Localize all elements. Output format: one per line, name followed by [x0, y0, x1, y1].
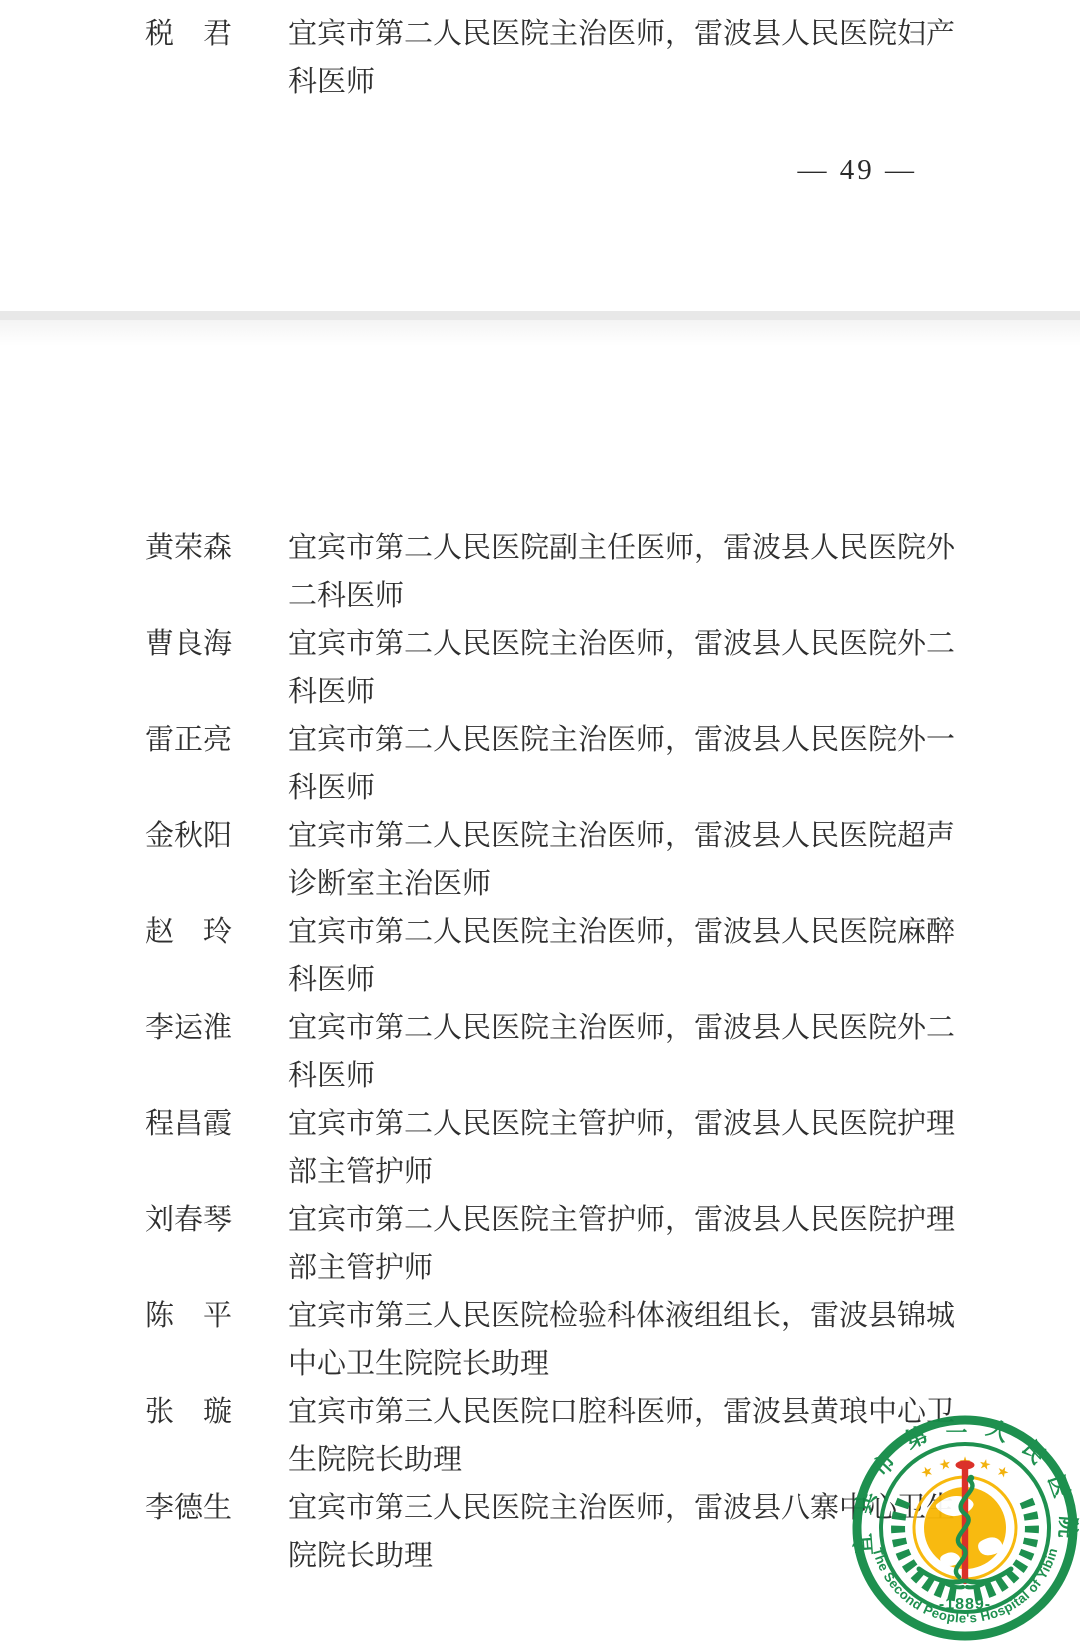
person-name: 张 璇 [145, 1388, 288, 1484]
star-icon: ★ [918, 1462, 936, 1482]
list-item: 金秋阳 宜宾市第二人民医院主治医师，雷波县人民医院超声 诊断室主治医师 [0, 812, 1080, 908]
person-name: 李运淮 [145, 1004, 288, 1100]
list-item: 雷正亮 宜宾市第二人民医院主治医师，雷波县人民医院外一 科医师 [0, 716, 1080, 812]
person-name: 曹良海 [145, 620, 288, 716]
person-description: 宜宾市第二人民医院主治医师，雷波县人民医院超声 诊断室主治医师 [288, 812, 1080, 908]
list-item: 刘春琴 宜宾市第二人民医院主管护师，雷波县人民医院护理 部主管护师 [0, 1196, 1080, 1292]
person-description: 宜宾市第二人民医院主治医师，雷波县人民医院外二 科医师 [288, 620, 1080, 716]
person-name: 程昌霞 [145, 1100, 288, 1196]
list-item: 税 君 宜宾市第二人民医院主治医师，雷波县人民医院妇产 科医师 [0, 0, 1080, 106]
person-name: 刘春琴 [145, 1196, 288, 1292]
list-item: 赵 玲 宜宾市第二人民医院主治医师，雷波县人民医院麻醉 科医师 [0, 908, 1080, 1004]
person-description: 宜宾市第二人民医院副主任医师，雷波县人民医院外 二科医师 [288, 524, 1080, 620]
person-description: 宜宾市第二人民医院主治医师，雷波县人民医院外一 科医师 [288, 716, 1080, 812]
document-page-49: 税 君 宜宾市第二人民医院主治医师，雷波县人民医院妇产 科医师 — 49 — [0, 0, 1080, 311]
list-item: 程昌霞 宜宾市第二人民医院主管护师，雷波县人民医院护理 部主管护师 [0, 1100, 1080, 1196]
person-name: 金秋阳 [145, 812, 288, 908]
personnel-list: 黄荣森 宜宾市第二人民医院副主任医师，雷波县人民医院外 二科医师 曹良海 宜宾市… [0, 320, 1080, 1580]
page-number: — 49 — [798, 146, 918, 194]
person-name: 黄荣森 [145, 524, 288, 620]
person-description: 宜宾市第二人民医院主治医师，雷波县人民医院麻醉 科医师 [288, 908, 1080, 1004]
person-description: 宜宾市第三人民医院检验科体液组组长，雷波县锦城 中心卫生院院长助理 [288, 1292, 1080, 1388]
person-name: 雷正亮 [145, 716, 288, 812]
star-icon: ★ [994, 1462, 1012, 1482]
person-description: 宜宾市第二人民医院主治医师，雷波县人民医院外二 科医师 [288, 1004, 1080, 1100]
person-description: 宜宾市第二人民医院主管护师，雷波县人民医院护理 部主管护师 [288, 1100, 1080, 1196]
list-item: 黄荣森 宜宾市第二人民医院副主任医师，雷波县人民医院外 二科医师 [0, 524, 1080, 620]
person-description: 宜宾市第二人民医院主管护师，雷波县人民医院护理 部主管护师 [288, 1196, 1080, 1292]
list-item: 李运淮 宜宾市第二人民医院主治医师，雷波县人民医院外二 科医师 [0, 1004, 1080, 1100]
star-icon: ★ [937, 1455, 953, 1473]
person-name: 税 君 [145, 10, 288, 106]
seal-year-text: -1889- [939, 1596, 991, 1613]
star-icon: ★ [977, 1455, 993, 1473]
hospital-seal: 宜宾市第二人民医院 The Second People's Hospital o… [845, 1408, 1080, 1648]
person-description: 宜宾市第二人民医院主治医师，雷波县人民医院妇产 科医师 [288, 10, 1080, 106]
page-separator [0, 311, 1080, 320]
list-item: 陈 平 宜宾市第三人民医院检验科体液组组长，雷波县锦城 中心卫生院院长助理 [0, 1292, 1080, 1388]
list-item: 曹良海 宜宾市第二人民医院主治医师，雷波县人民医院外二 科医师 [0, 620, 1080, 716]
person-name: 陈 平 [145, 1292, 288, 1388]
person-name: 赵 玲 [145, 908, 288, 1004]
person-name: 李德生 [145, 1484, 288, 1580]
